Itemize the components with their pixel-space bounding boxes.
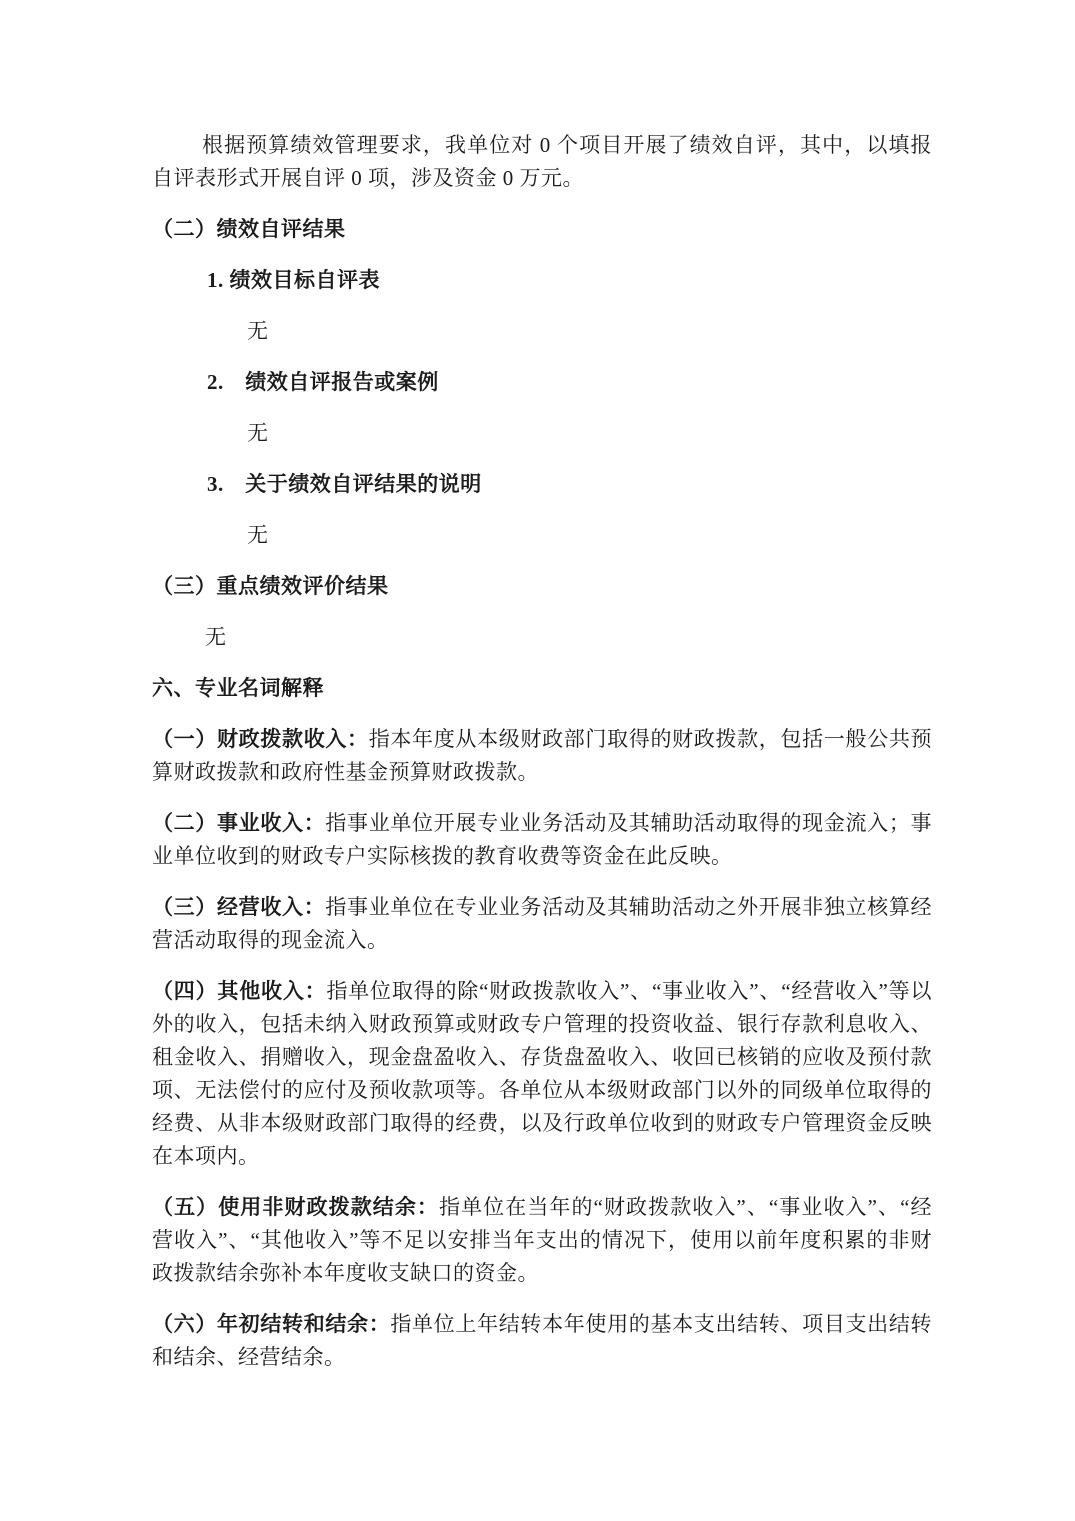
definition-other-income: （四）其他收入：指单位取得的除“财政拨款收入”、“事业收入”、“经营收入”等以外… bbox=[152, 975, 932, 1173]
item-1-performance-target-self-evaluation-table: 1. 绩效目标自评表 bbox=[207, 264, 932, 297]
heading-key-performance-evaluation-results: （三）重点绩效评价结果 bbox=[152, 570, 932, 603]
value-none-2: 无 bbox=[247, 417, 932, 450]
item-3-explanation-of-self-evaluation-results: 3. 关于绩效自评结果的说明 bbox=[207, 468, 932, 501]
definition-term: （四）其他收入： bbox=[152, 979, 326, 1003]
document-content: 根据预算绩效管理要求，我单位对 0 个项目开展了绩效自评，其中，以填报自评表形式… bbox=[152, 129, 932, 1392]
value-none-4: 无 bbox=[205, 621, 932, 654]
document-page: 根据预算绩效管理要求，我单位对 0 个项目开展了绩效自评，其中，以填报自评表形式… bbox=[0, 0, 1075, 1521]
heading-terminology-explanation: 六、专业名词解释 bbox=[152, 672, 932, 705]
definition-use-of-non-fiscal-appropriation-surplus: （五）使用非财政拨款结余：指单位在当年的“财政拨款收入”、“事业收入”、“经营收… bbox=[152, 1191, 932, 1290]
definition-term: （六）年初结转和结余： bbox=[152, 1312, 390, 1336]
value-none-1: 无 bbox=[247, 315, 932, 348]
definition-term: （五）使用非财政拨款结余： bbox=[152, 1195, 439, 1219]
definition-term: （二）事业收入： bbox=[152, 811, 325, 835]
value-none-3: 无 bbox=[247, 519, 932, 552]
definition-beginning-year-carryover-and-surplus: （六）年初结转和结余：指单位上年结转本年使用的基本支出结转、项目支出结转和结余、… bbox=[152, 1308, 932, 1374]
definition-fiscal-appropriation-income: （一）财政拨款收入：指本年度从本级财政部门取得的财政拨款，包括一般公共预算财政拨… bbox=[152, 723, 932, 789]
definition-term: （三）经营收入： bbox=[152, 895, 325, 919]
heading-performance-self-evaluation-results: （二）绩效自评结果 bbox=[152, 213, 932, 246]
definition-business-income: （三）经营收入：指事业单位在专业业务活动及其辅助活动之外开展非独立核算经营活动取… bbox=[152, 891, 932, 957]
item-2-self-evaluation-report-or-case: 2. 绩效自评报告或案例 bbox=[207, 366, 932, 399]
definition-term: （一）财政拨款收入： bbox=[152, 727, 369, 751]
paragraph-self-evaluation-summary: 根据预算绩效管理要求，我单位对 0 个项目开展了绩效自评，其中，以填报自评表形式… bbox=[152, 129, 932, 195]
definition-body: 指单位取得的除“财政拨款收入”、“事业收入”、“经营收入”等以外的收入，包括未纳… bbox=[152, 979, 932, 1168]
definition-operating-income-public-institution: （二）事业收入：指事业单位开展专业业务活动及其辅助活动取得的现金流入；事业单位收… bbox=[152, 807, 932, 873]
